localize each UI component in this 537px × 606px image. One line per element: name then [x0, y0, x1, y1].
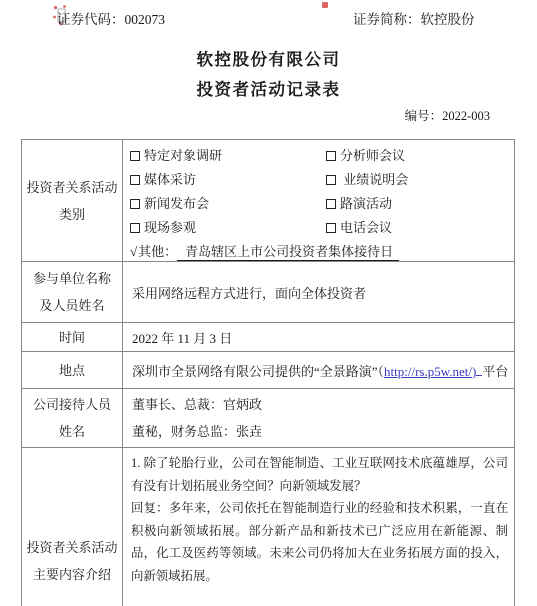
stock-code-label: 证券代码：002073 [57, 8, 165, 28]
option-conference-call: 电话会议 [326, 216, 510, 240]
checkbox-icon [326, 199, 336, 209]
header-text: 时间 [59, 324, 85, 351]
reception-cell: 董事长、总裁：官炳政 董秘，财务总监：张垚 [123, 389, 514, 447]
checkbox-icon [130, 151, 140, 161]
table-row-content-intro: 投资者关系活动 主要内容介绍 1. 除了轮胎行业，公司在智能制造、工业互联网技术… [22, 448, 514, 606]
checkmark-icon: √ [130, 244, 137, 259]
table-row-time: 时间 2022 年 11 月 3 日 [22, 323, 514, 352]
option-special-object-survey: 特定对象调研 [130, 144, 326, 168]
qa-question: 1. 除了轮胎行业，公司在智能制造、工业互联网技术底蕴雄厚，公司有没有计划拓展业… [131, 452, 508, 497]
table-row-activity-type: 投资者关系活动 类别 特定对象调研 分析师会议 媒体采访 业绩说明会 新闻发布会… [22, 140, 514, 262]
content-intro-cell: 1. 除了轮胎行业，公司在智能制造、工业互联网技术底蕴雄厚，公司有没有计划拓展业… [123, 448, 514, 606]
option-other: √其他：青岛辖区上市公司投资者集体接待日 [130, 240, 510, 264]
roadshow-platform-link[interactable]: http://rs.p5w.net/) [384, 364, 476, 379]
option-analyst-meeting: 分析师会议 [326, 144, 510, 168]
option-label: 现场参观 [144, 220, 196, 235]
checkbox-option-grid: 特定对象调研 分析师会议 媒体采访 业绩说明会 新闻发布会 路演活动 现场参观 … [130, 144, 510, 240]
doc-number: 编号：2022-003 [405, 106, 490, 124]
option-site-visit: 现场参观 [130, 216, 326, 240]
checkbox-icon [326, 151, 336, 161]
option-label: 电话会议 [340, 220, 392, 235]
other-value-underlined: 青岛辖区上市公司投资者集体接待日 [177, 244, 399, 261]
red-dot-icon [322, 2, 328, 8]
table-row-participants: 参与单位名称 及人员姓名 采用网络远程方式进行，面向全体投资者 [22, 262, 514, 323]
header-text-line2: 主要内容介绍 [33, 561, 111, 588]
row-header-reception: 公司接待人员 姓名 [22, 389, 123, 447]
location-text-after: 平台 [482, 364, 508, 379]
reception-line2: 董秘，财务总监：张垚 [132, 418, 514, 445]
header-text-line1: 参与单位名称 [33, 265, 111, 292]
option-press-conference: 新闻发布会 [130, 192, 326, 216]
reception-line1: 董事长、总裁：官炳政 [132, 391, 514, 418]
checkbox-icon [326, 223, 336, 233]
company-title: 软控股份有限公司 [0, 46, 537, 70]
option-label: 路演活动 [340, 196, 392, 211]
header-text-line2: 类别 [59, 201, 85, 228]
activity-options-cell: 特定对象调研 分析师会议 媒体采访 业绩说明会 新闻发布会 路演活动 现场参观 … [123, 140, 514, 261]
row-header-time: 时间 [22, 323, 123, 351]
option-label: 业绩说明会 [340, 172, 408, 187]
time-cell: 2022 年 11 月 3 日 [123, 323, 514, 351]
row-header-location: 地点 [22, 352, 123, 388]
checkbox-icon [130, 175, 140, 185]
time-value: 2022 年 11 月 3 日 [132, 328, 514, 347]
location-text-before: 深圳市全景网络有限公司提供的“全景路演”（ [132, 364, 384, 379]
header-text-line1: 投资者关系活动 [26, 174, 117, 201]
option-media-interview: 媒体采访 [130, 168, 326, 192]
participants-cell: 采用网络远程方式进行，面向全体投资者 [123, 262, 514, 322]
option-label: 特定对象调研 [144, 148, 222, 163]
option-roadshow: 路演活动 [326, 192, 510, 216]
document-page: 证券代码：002073 证券简称：软控股份 软控股份有限公司 投资者活动记录表 … [0, 0, 537, 606]
table-row-location: 地点 深圳市全景网络有限公司提供的“全景路演”（http://rs.p5w.ne… [22, 352, 514, 389]
option-label: 媒体采访 [144, 172, 196, 187]
header-text-line2: 姓名 [59, 418, 85, 445]
document-title: 投资者活动记录表 [0, 76, 537, 100]
option-label: 分析师会议 [340, 148, 405, 163]
location-text: 深圳市全景网络有限公司提供的“全景路演”（http://rs.p5w.net/)… [132, 361, 514, 380]
stock-name-label: 证券简称：软控股份 [353, 8, 475, 28]
record-table: 投资者关系活动 类别 特定对象调研 分析师会议 媒体采访 业绩说明会 新闻发布会… [21, 139, 515, 606]
checkbox-icon [130, 223, 140, 233]
header-text-line1: 投资者关系活动 [26, 534, 117, 561]
checkbox-icon [326, 175, 336, 185]
header-text-line2: 及人员姓名 [39, 292, 104, 319]
row-header-activity-type: 投资者关系活动 类别 [22, 140, 123, 261]
checkbox-icon [130, 199, 140, 209]
header-text: 地点 [59, 357, 85, 384]
qa-answer: 回复：多年来，公司依托在智能制造行业的经验和技术积累，一直在积极向新领域拓展。部… [131, 497, 508, 587]
option-label: 新闻发布会 [144, 196, 209, 211]
table-row-reception: 公司接待人员 姓名 董事长、总裁：官炳政 董秘，财务总监：张垚 [22, 389, 514, 448]
row-header-participants: 参与单位名称 及人员姓名 [22, 262, 123, 322]
header-text-line1: 公司接待人员 [33, 391, 111, 418]
option-earnings-briefing: 业绩说明会 [326, 168, 510, 192]
participants-text: 采用网络远程方式进行，面向全体投资者 [132, 283, 514, 302]
location-cell: 深圳市全景网络有限公司提供的“全景路演”（http://rs.p5w.net/)… [123, 352, 514, 388]
row-header-content-intro: 投资者关系活动 主要内容介绍 [22, 448, 123, 606]
other-label: 其他： [138, 244, 177, 259]
